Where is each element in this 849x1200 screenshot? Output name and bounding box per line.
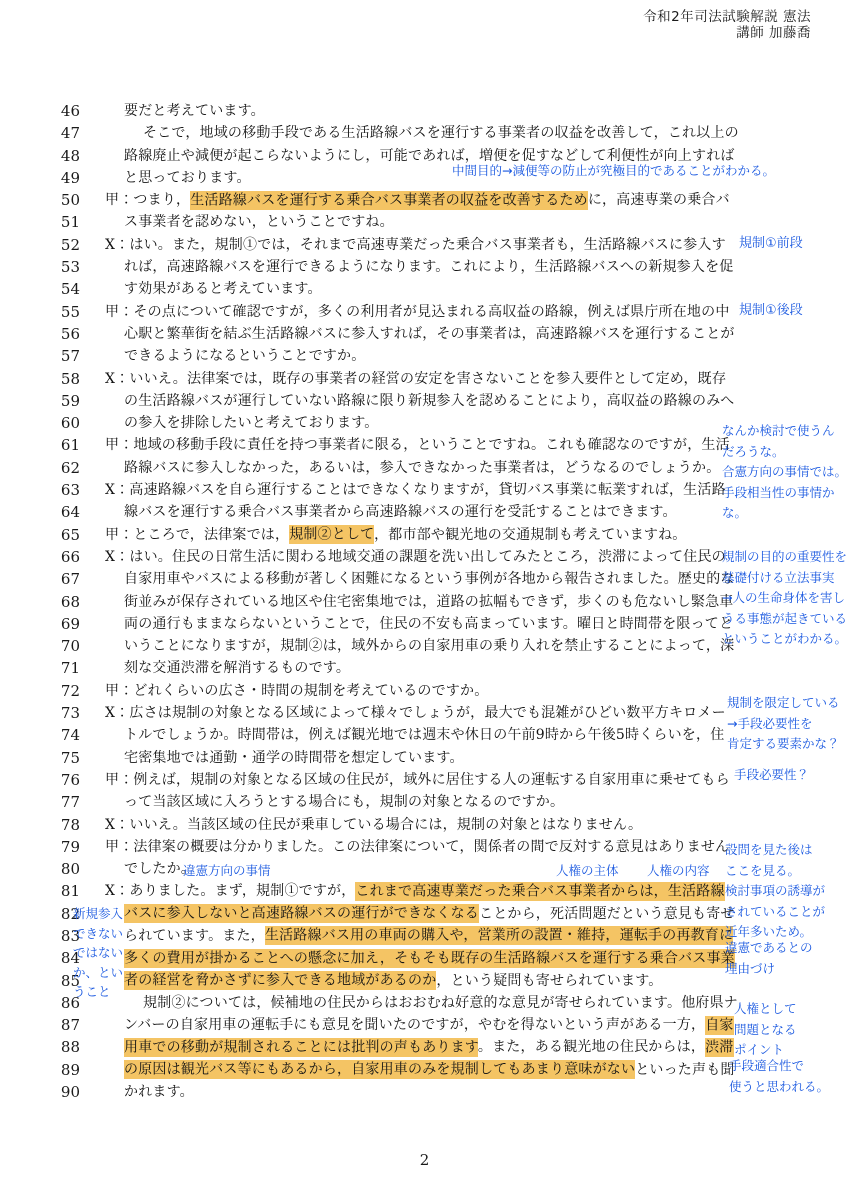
text-segment: られています。また， xyxy=(124,928,265,944)
document-line: 55甲：その点について確認ですが，多くの利用者が見込まれる高収益の路線，例えば県… xyxy=(0,301,849,323)
line-number: 84 xyxy=(0,947,80,969)
document-line: 52X：はい。また，規制①では，それまで高速専業だった乗合バス事業者も，生活路線… xyxy=(0,234,849,256)
line-text: 要だと考えています。 xyxy=(124,100,265,122)
text-segment: かれます。 xyxy=(124,1084,194,1100)
highlighted-text: これまで高速専業だった乗合バス事業者からは，生活路線 xyxy=(355,882,724,901)
line-text: そこで，地域の移動手段である生活路線バスを運行する事業者の収益を改善して，これ以… xyxy=(143,122,739,144)
line-number: 49 xyxy=(0,167,80,189)
document-line: 85者の経営を脅かさずに参入できる地域があるのか，という疑問も寄せられています。 xyxy=(0,970,849,992)
document-line: 65甲：ところで，法律案では，規制②として，都市部や観光地の交通規制も考えていま… xyxy=(0,524,849,546)
document-line: 58X：いいえ。法律案では，既存の事業者の経営の安定を害さないことを参入要件とし… xyxy=(0,368,849,390)
document-line: 50甲：つまり，生活路線バスを運行する乗合バス事業者の収益を改善するために，高速… xyxy=(0,189,849,211)
text-segment: 宅密集地では通勤・通学の時間帯を想定しています。 xyxy=(124,750,464,766)
text-segment: 甲：つまり， xyxy=(105,192,190,208)
text-segment: 甲：その点について確認ですが，多くの利用者が見込まれる高収益の路線，例えば県庁所… xyxy=(105,304,730,320)
text-segment: す効果があると考えています。 xyxy=(124,281,322,297)
line-text: 街並みが保存されている地区や住宅密集地では，道路の拡幅もできず，歩くのも危ないし… xyxy=(124,591,733,613)
document-line: 73X：広さは規制の対象となる区域によって様々でしょうが，最大でも混雑がひどい数… xyxy=(0,702,849,724)
document-line: 57できるようになるということですか。 xyxy=(0,345,849,367)
line-number: 59 xyxy=(0,390,80,412)
text-segment: X：ありました。まず，規制①ですが， xyxy=(105,883,355,899)
text-segment: の参入を排除したいと考えております。 xyxy=(124,415,378,431)
line-text: X：いいえ。当該区域の住民が乗車している場合には，規制の対象とはなりません。 xyxy=(105,814,642,836)
annotation-exam-guidance: 設問を見た後は ここを見る。 検討事項の誘導が されていることが 近年多いため。 xyxy=(725,840,825,943)
line-text: 者の経営を脅かさずに参入できる地域があるのか，という疑問も寄せられています。 xyxy=(124,970,663,992)
annotation-intermediate-purpose: 中間目的→減便等の防止が究極目的であることがわかる。 xyxy=(452,163,775,179)
line-number: 68 xyxy=(0,591,80,613)
line-text: 甲：ところで，法律案では，規制②として，都市部や観光地の交通規制も考えていますね… xyxy=(105,524,687,546)
line-number: 83 xyxy=(0,925,80,947)
line-number: 48 xyxy=(0,145,80,167)
text-segment: 要だと考えています。 xyxy=(124,103,265,119)
annotation-regulation1-first-half: 規制①前段 xyxy=(739,234,803,254)
text-segment: 甲：どれくらいの広さ・時間の規制を考えているのですか。 xyxy=(105,683,488,699)
header-subtitle: 講師 加藤喬 xyxy=(643,25,811,41)
line-text: X：ありました。まず，規制①ですが，これまで高速専業だった乗合バス事業者からは，… xyxy=(105,880,725,902)
text-segment: に，高速専業の乗合バ xyxy=(588,192,730,208)
text-segment: 甲：ところで，法律案では， xyxy=(105,527,289,543)
line-text: できるようになるということですか。 xyxy=(124,345,365,367)
text-segment: X：広さは規制の対象となる区域によって様々でしょうが，最大でも混雑がひどい数平方… xyxy=(105,705,726,721)
document-line: 88用車での移動が規制されることには批判の声もあります。また，ある観光地の住民か… xyxy=(0,1036,849,1058)
document-line: 56心駅と繁華街を結ぶ生活路線バスに参入すれば，その事業者は，高速路線バスを運行… xyxy=(0,323,849,345)
text-segment: 規制②については，候補地の住民からはおおむね好意的な意見が寄せられています。他府… xyxy=(143,995,738,1011)
document-line: 78X：いいえ。当該区域の住民が乗車している場合には，規制の対象とはなりません。 xyxy=(0,814,849,836)
text-segment: 線バスを運行する乗合バス事業者から高速路線バスの運行を受託することはできます。 xyxy=(124,504,677,520)
line-number: 70 xyxy=(0,635,80,657)
line-number: 80 xyxy=(0,858,80,880)
annotation-unconstitutional-facts: 違憲方向の事情 xyxy=(183,861,271,881)
document-line: 51ス事業者を認めない，ということですね。 xyxy=(0,211,849,233)
text-segment: X：いいえ。法律案では，既存の事業者の経営の安定を害さないことを参入要件として定… xyxy=(105,371,726,387)
line-number: 56 xyxy=(0,323,80,345)
line-text: 刻な交通渋滞を解消するものです。 xyxy=(124,657,350,679)
text-segment: 路線廃止や減便が起こらないようにし，可能であれば，増便を促すなどして利便性が向上… xyxy=(124,148,735,164)
highlighted-text: 生活路線バス用の車両の購入や，営業所の設置・維持，運転手の再教育に xyxy=(265,926,733,945)
document-line: 86規制②については，候補地の住民からはおおむね好意的な意見が寄せられています。… xyxy=(0,992,849,1014)
annotation-new-entry-note: 新規参入 できない ではない か、とい うこと xyxy=(73,904,123,1002)
line-text: 多くの費用が掛かることへの懸念に加え，そもそも既存の生活路線バスを運行する乗合バ… xyxy=(124,947,735,969)
document-line: 71刻な交通渋滞を解消するものです。 xyxy=(0,657,849,679)
line-text: って当該区域に入ろうとする場合にも，規制の対象となるのですか。 xyxy=(124,791,564,813)
page-number: 2 xyxy=(0,1151,849,1169)
line-number: 90 xyxy=(0,1081,80,1103)
line-number: 88 xyxy=(0,1036,80,1058)
line-number: 52 xyxy=(0,234,80,256)
text-segment: 甲：法律案の概要は分かりました。この法律案について，関係者の間で反対する意見はあ… xyxy=(105,839,729,855)
line-number: 62 xyxy=(0,457,80,479)
line-number: 69 xyxy=(0,613,80,635)
highlighted-text: 多くの費用が掛かることへの懸念に加え，そもそも既存の生活路線バスを運行する乗合バ… xyxy=(124,949,735,968)
annotation-legislative-facts: 規制の目的の重要性を 基礎付ける立法事実 →人の生命身体を害し うる事態が起きて… xyxy=(722,547,847,650)
text-segment: そこで，地域の移動手段である生活路線バスを運行する事業者の収益を改善して，これ以… xyxy=(143,125,739,141)
line-text: X：広さは規制の対象となる区域によって様々でしょうが，最大でも混雑がひどい数平方… xyxy=(105,702,726,724)
document-line: 76甲：例えば，規制の対象となる区域の住民が，域外に居住する人の運転する自家用車… xyxy=(0,769,849,791)
line-number: 66 xyxy=(0,546,80,568)
text-segment: X：いいえ。当該区域の住民が乗車している場合には，規制の対象とはなりません。 xyxy=(105,817,642,833)
text-segment: の生活路線バスが運行していない路線に限り新規参入を認めることにより，高収益の路線… xyxy=(124,393,734,409)
line-number: 55 xyxy=(0,301,80,323)
document-line: 79甲：法律案の概要は分かりました。この法律案について，関係者の間で反対する意見… xyxy=(0,836,849,858)
text-segment: 刻な交通渋滞を解消するものです。 xyxy=(124,660,350,676)
document-line: 75宅密集地では通勤・通学の時間帯を想定しています。 xyxy=(0,747,849,769)
annotation-regulation1-second-half: 規制①後段 xyxy=(739,301,803,321)
line-number: 65 xyxy=(0,524,80,546)
text-segment: X：はい。住民の日常生活に関わる地域交通の課題を洗い出してみたところ，渋滞によっ… xyxy=(105,549,726,565)
line-number: 87 xyxy=(0,1014,80,1036)
document-line: 87ンバーの自家用車の運転手にも意見を聞いたのですが，やむを得ないという声がある… xyxy=(0,1014,849,1036)
text-segment: 街並みが保存されている地区や住宅密集地では，道路の拡幅もできず，歩くのも危ないし… xyxy=(124,594,733,610)
annotation-rights-content: 人権の内容 xyxy=(647,861,710,881)
line-text: かれます。 xyxy=(124,1081,194,1103)
header-title: 令和2年司法試験解説 憲法 xyxy=(643,9,811,25)
document-line: 59の生活路線バスが運行していない路線に限り新規参入を認めることにより，高収益の… xyxy=(0,390,849,412)
document-page: 令和2年司法試験解説 憲法 講師 加藤喬 46要だと考えています。47そこで，地… xyxy=(0,0,849,1200)
line-number: 64 xyxy=(0,501,80,523)
line-text: の参入を排除したいと考えております。 xyxy=(124,412,378,434)
line-text: X：高速路線バスを自ら運行することはできなくなりますが，貸切バス事業に転業すれば… xyxy=(105,479,726,501)
line-number: 51 xyxy=(0,211,80,233)
line-number: 63 xyxy=(0,479,80,501)
line-number: 61 xyxy=(0,434,80,456)
line-text: ス事業者を認めない，ということですね。 xyxy=(124,211,394,233)
text-segment: って当該区域に入ろうとする場合にも，規制の対象となるのですか。 xyxy=(124,794,564,810)
line-number: 76 xyxy=(0,769,80,791)
text-segment: ，都市部や観光地の交通規制も考えていますね。 xyxy=(374,527,686,543)
highlighted-text: 者の経営を脅かさずに参入できる地域があるのか xyxy=(124,971,436,990)
line-number: 74 xyxy=(0,724,80,746)
highlighted-text: 生活路線バスを運行する乗合バス事業者の収益を改善するため xyxy=(190,191,588,210)
document-line: 47そこで，地域の移動手段である生活路線バスを運行する事業者の収益を改善して，こ… xyxy=(0,122,849,144)
text-segment: トルでしょうか。時間帯は，例えば観光地では週末や休日の午前9時から午後5時くらい… xyxy=(124,727,724,743)
line-number: 54 xyxy=(0,278,80,300)
line-number: 72 xyxy=(0,680,80,702)
line-text: 甲：つまり，生活路線バスを運行する乗合バス事業者の収益を改善するために，高速専業… xyxy=(105,189,730,211)
document-line: 53れば，高速路線バスを運行できるようになります。これにより，生活路線バスへの新… xyxy=(0,256,849,278)
annotation-unconstitutional-reason: 違憲であるとの 理由づけ xyxy=(725,938,813,979)
line-text: す効果があると考えています。 xyxy=(124,278,322,300)
line-number: 46 xyxy=(0,100,80,122)
line-number: 73 xyxy=(0,702,80,724)
line-number: 86 xyxy=(0,992,80,1014)
line-number: 89 xyxy=(0,1059,80,1081)
text-segment: X：高速路線バスを自ら運行することはできなくなりますが，貸切バス事業に転業すれば… xyxy=(105,482,726,498)
line-text: 宅密集地では通勤・通学の時間帯を想定しています。 xyxy=(124,747,464,769)
line-text: 規制②については，候補地の住民からはおおむね好意的な意見が寄せられています。他府… xyxy=(143,992,738,1014)
line-text: ンバーの自家用車の運転手にも意見を聞いたのですが，やむを得ないという声がある一方… xyxy=(124,1014,734,1036)
line-number: 82 xyxy=(0,903,80,925)
annotation-constitutional-factor: なんか検討で使うん だろうな。 合憲方向の事情では。 手段相当性の事情かな。 xyxy=(722,421,849,524)
annotation-means-necessity: 手段必要性？ xyxy=(734,765,809,785)
line-number: 77 xyxy=(0,791,80,813)
text-segment: といった声も聞 xyxy=(635,1062,734,1078)
line-number: 60 xyxy=(0,412,80,434)
line-number: 78 xyxy=(0,814,80,836)
highlighted-text: 自家 xyxy=(705,1016,733,1035)
line-number: 81 xyxy=(0,880,80,902)
line-number: 58 xyxy=(0,368,80,390)
line-number: 53 xyxy=(0,256,80,278)
text-segment: 自家用車やバスによる移動が著しく困難になるという事例が各地から報告されました。歴… xyxy=(124,571,735,587)
document-line: 74トルでしょうか。時間帯は，例えば観光地では週末や休日の午前9時から午後5時く… xyxy=(0,724,849,746)
annotation-limited-regulation: 規制を限定している →手段必要性を 肯定する要素かな？ xyxy=(727,693,840,755)
line-text: X：いいえ。法律案では，既存の事業者の経営の安定を害さないことを参入要件として定… xyxy=(105,368,726,390)
annotation-human-rights-point: 人権として 問題となる ポイント xyxy=(734,999,797,1061)
document-line: 77って当該区域に入ろうとする場合にも，規制の対象となるのですか。 xyxy=(0,791,849,813)
document-line: 81X：ありました。まず，規制①ですが，これまで高速専業だった乗合バス事業者から… xyxy=(0,880,849,902)
highlighted-text: 規制②として xyxy=(289,525,374,544)
text-segment: X：はい。また，規制①では，それまで高速専業だった乗合バス事業者も，生活路線バス… xyxy=(105,237,726,253)
text-segment: できるようになるということですか。 xyxy=(124,348,365,364)
line-text: 両の通行もままならないということで，住民の不安も高まっています。曜日と時間帯を限… xyxy=(124,613,733,635)
line-text: の生活路線バスが運行していない路線に限り新規参入を認めることにより，高収益の路線… xyxy=(124,390,734,412)
line-text: 自家用車やバスによる移動が著しく困難になるという事例が各地から報告されました。歴… xyxy=(124,568,735,590)
highlighted-text: の原因は観光バス等にもあるから，自家用車のみを規制してもあまり意味がない xyxy=(124,1060,635,1079)
text-segment: 甲：例えば，規制の対象となる区域の住民が，域外に居住する人の運転する自家用車に乗… xyxy=(105,772,730,788)
line-text: 甲：地域の移動手段に責任を持つ事業者に限る，ということですね。これも確認なのです… xyxy=(105,434,730,456)
text-segment: 両の通行もままならないということで，住民の不安も高まっています。曜日と時間帯を限… xyxy=(124,616,733,632)
document-line: 54す効果があると考えています。 xyxy=(0,278,849,300)
document-line: 89の原因は観光バス等にもあるから，自家用車のみを規制してもあまり意味がないとい… xyxy=(0,1059,849,1081)
line-text: 用車での移動が規制されることには批判の声もあります。また，ある観光地の住民からは… xyxy=(124,1036,734,1058)
highlighted-text: バスに参入しないと高速路線バスの運行ができなくなる xyxy=(124,904,479,923)
line-text: の原因は観光バス等にもあるから，自家用車のみを規制してもあまり意味がないといった… xyxy=(124,1059,735,1081)
line-number: 79 xyxy=(0,836,80,858)
document-line: 80でしたか。 xyxy=(0,858,849,880)
line-number: 71 xyxy=(0,657,80,679)
line-text: 心駅と繁華街を結ぶ生活路線バスに参入すれば，その事業者は，高速路線バスを運行する… xyxy=(124,323,735,345)
line-number: 67 xyxy=(0,568,80,590)
line-text: バスに参入しないと高速路線バスの運行ができなくなることから，死活問題だという意見… xyxy=(124,903,735,925)
document-line: 82バスに参入しないと高速路線バスの運行ができなくなることから，死活問題だという… xyxy=(0,903,849,925)
text-segment: ンバーの自家用車の運転手にも意見を聞いたのですが，やむを得ないという声がある一方… xyxy=(124,1017,705,1033)
text-segment: ，という疑問も寄せられています。 xyxy=(436,973,662,989)
line-number: 85 xyxy=(0,970,80,992)
line-text: と思っております。 xyxy=(124,167,251,189)
text-segment: と思っております。 xyxy=(124,170,251,186)
annotation-means-suitability: 手段適合性で 使うと思われる。 xyxy=(729,1056,829,1097)
line-text: 甲：その点について確認ですが，多くの利用者が見込まれる高収益の路線，例えば県庁所… xyxy=(105,301,730,323)
document-line: 72甲：どれくらいの広さ・時間の規制を考えているのですか。 xyxy=(0,680,849,702)
text-segment: ことから，死活問題だという意見も寄せ xyxy=(479,906,735,922)
text-segment: 心駅と繁華街を結ぶ生活路線バスに参入すれば，その事業者は，高速路線バスを運行する… xyxy=(124,326,735,342)
highlighted-text: 用車での移動が規制されることには批判の声もあります xyxy=(124,1038,478,1057)
line-text: 路線バスに参入しなかった，あるいは，参入できなかった事業者は，どうなるのでしょう… xyxy=(124,457,720,479)
line-text: れば，高速路線バスを運行できるようになります。これにより，生活路線バスへの新規参… xyxy=(124,256,733,278)
page-header: 令和2年司法試験解説 憲法 講師 加藤喬 xyxy=(643,9,811,41)
text-segment: いうことになりますが，規制②は，域外からの自家用車の乗り入れを禁止することによっ… xyxy=(124,638,734,654)
line-text: られています。また，生活路線バス用の車両の購入や，営業所の設置・維持，運転手の再… xyxy=(124,925,733,947)
highlighted-text: 渋滞 xyxy=(705,1038,733,1057)
line-text: 甲：どれくらいの広さ・時間の規制を考えているのですか。 xyxy=(105,680,488,702)
document-line: 83られています。また，生活路線バス用の車両の購入や，営業所の設置・維持，運転手… xyxy=(0,925,849,947)
text-segment: ス事業者を認めない，ということですね。 xyxy=(124,214,394,230)
text-segment: 。また，ある観光地の住民からは， xyxy=(478,1039,705,1055)
document-line: 90かれます。 xyxy=(0,1081,849,1103)
line-text: 甲：例えば，規制の対象となる区域の住民が，域外に居住する人の運転する自家用車に乗… xyxy=(105,769,730,791)
line-number: 75 xyxy=(0,747,80,769)
annotation-rights-subject: 人権の主体 xyxy=(556,861,619,881)
line-text: トルでしょうか。時間帯は，例えば観光地では週末や休日の午前9時から午後5時くらい… xyxy=(124,724,724,746)
line-text: X：はい。また，規制①では，それまで高速専業だった乗合バス事業者も，生活路線バス… xyxy=(105,234,726,256)
line-text: 甲：法律案の概要は分かりました。この法律案について，関係者の間で反対する意見はあ… xyxy=(105,836,729,858)
document-line: 46要だと考えています。 xyxy=(0,100,849,122)
line-number: 47 xyxy=(0,122,80,144)
text-segment: 路線バスに参入しなかった，あるいは，参入できなかった事業者は，どうなるのでしょう… xyxy=(124,460,720,476)
text-segment: れば，高速路線バスを運行できるようになります。これにより，生活路線バスへの新規参… xyxy=(124,259,733,275)
line-number: 57 xyxy=(0,345,80,367)
line-text: いうことになりますが，規制②は，域外からの自家用車の乗り入れを禁止することによっ… xyxy=(124,635,734,657)
line-text: X：はい。住民の日常生活に関わる地域交通の課題を洗い出してみたところ，渋滞によっ… xyxy=(105,546,726,568)
document-line: 84多くの費用が掛かることへの懸念に加え，そもそも既存の生活路線バスを運行する乗… xyxy=(0,947,849,969)
line-text: 線バスを運行する乗合バス事業者から高速路線バスの運行を受託することはできます。 xyxy=(124,501,677,523)
line-number: 50 xyxy=(0,189,80,211)
text-segment: 甲：地域の移動手段に責任を持つ事業者に限る，ということですね。これも確認なのです… xyxy=(105,437,730,453)
